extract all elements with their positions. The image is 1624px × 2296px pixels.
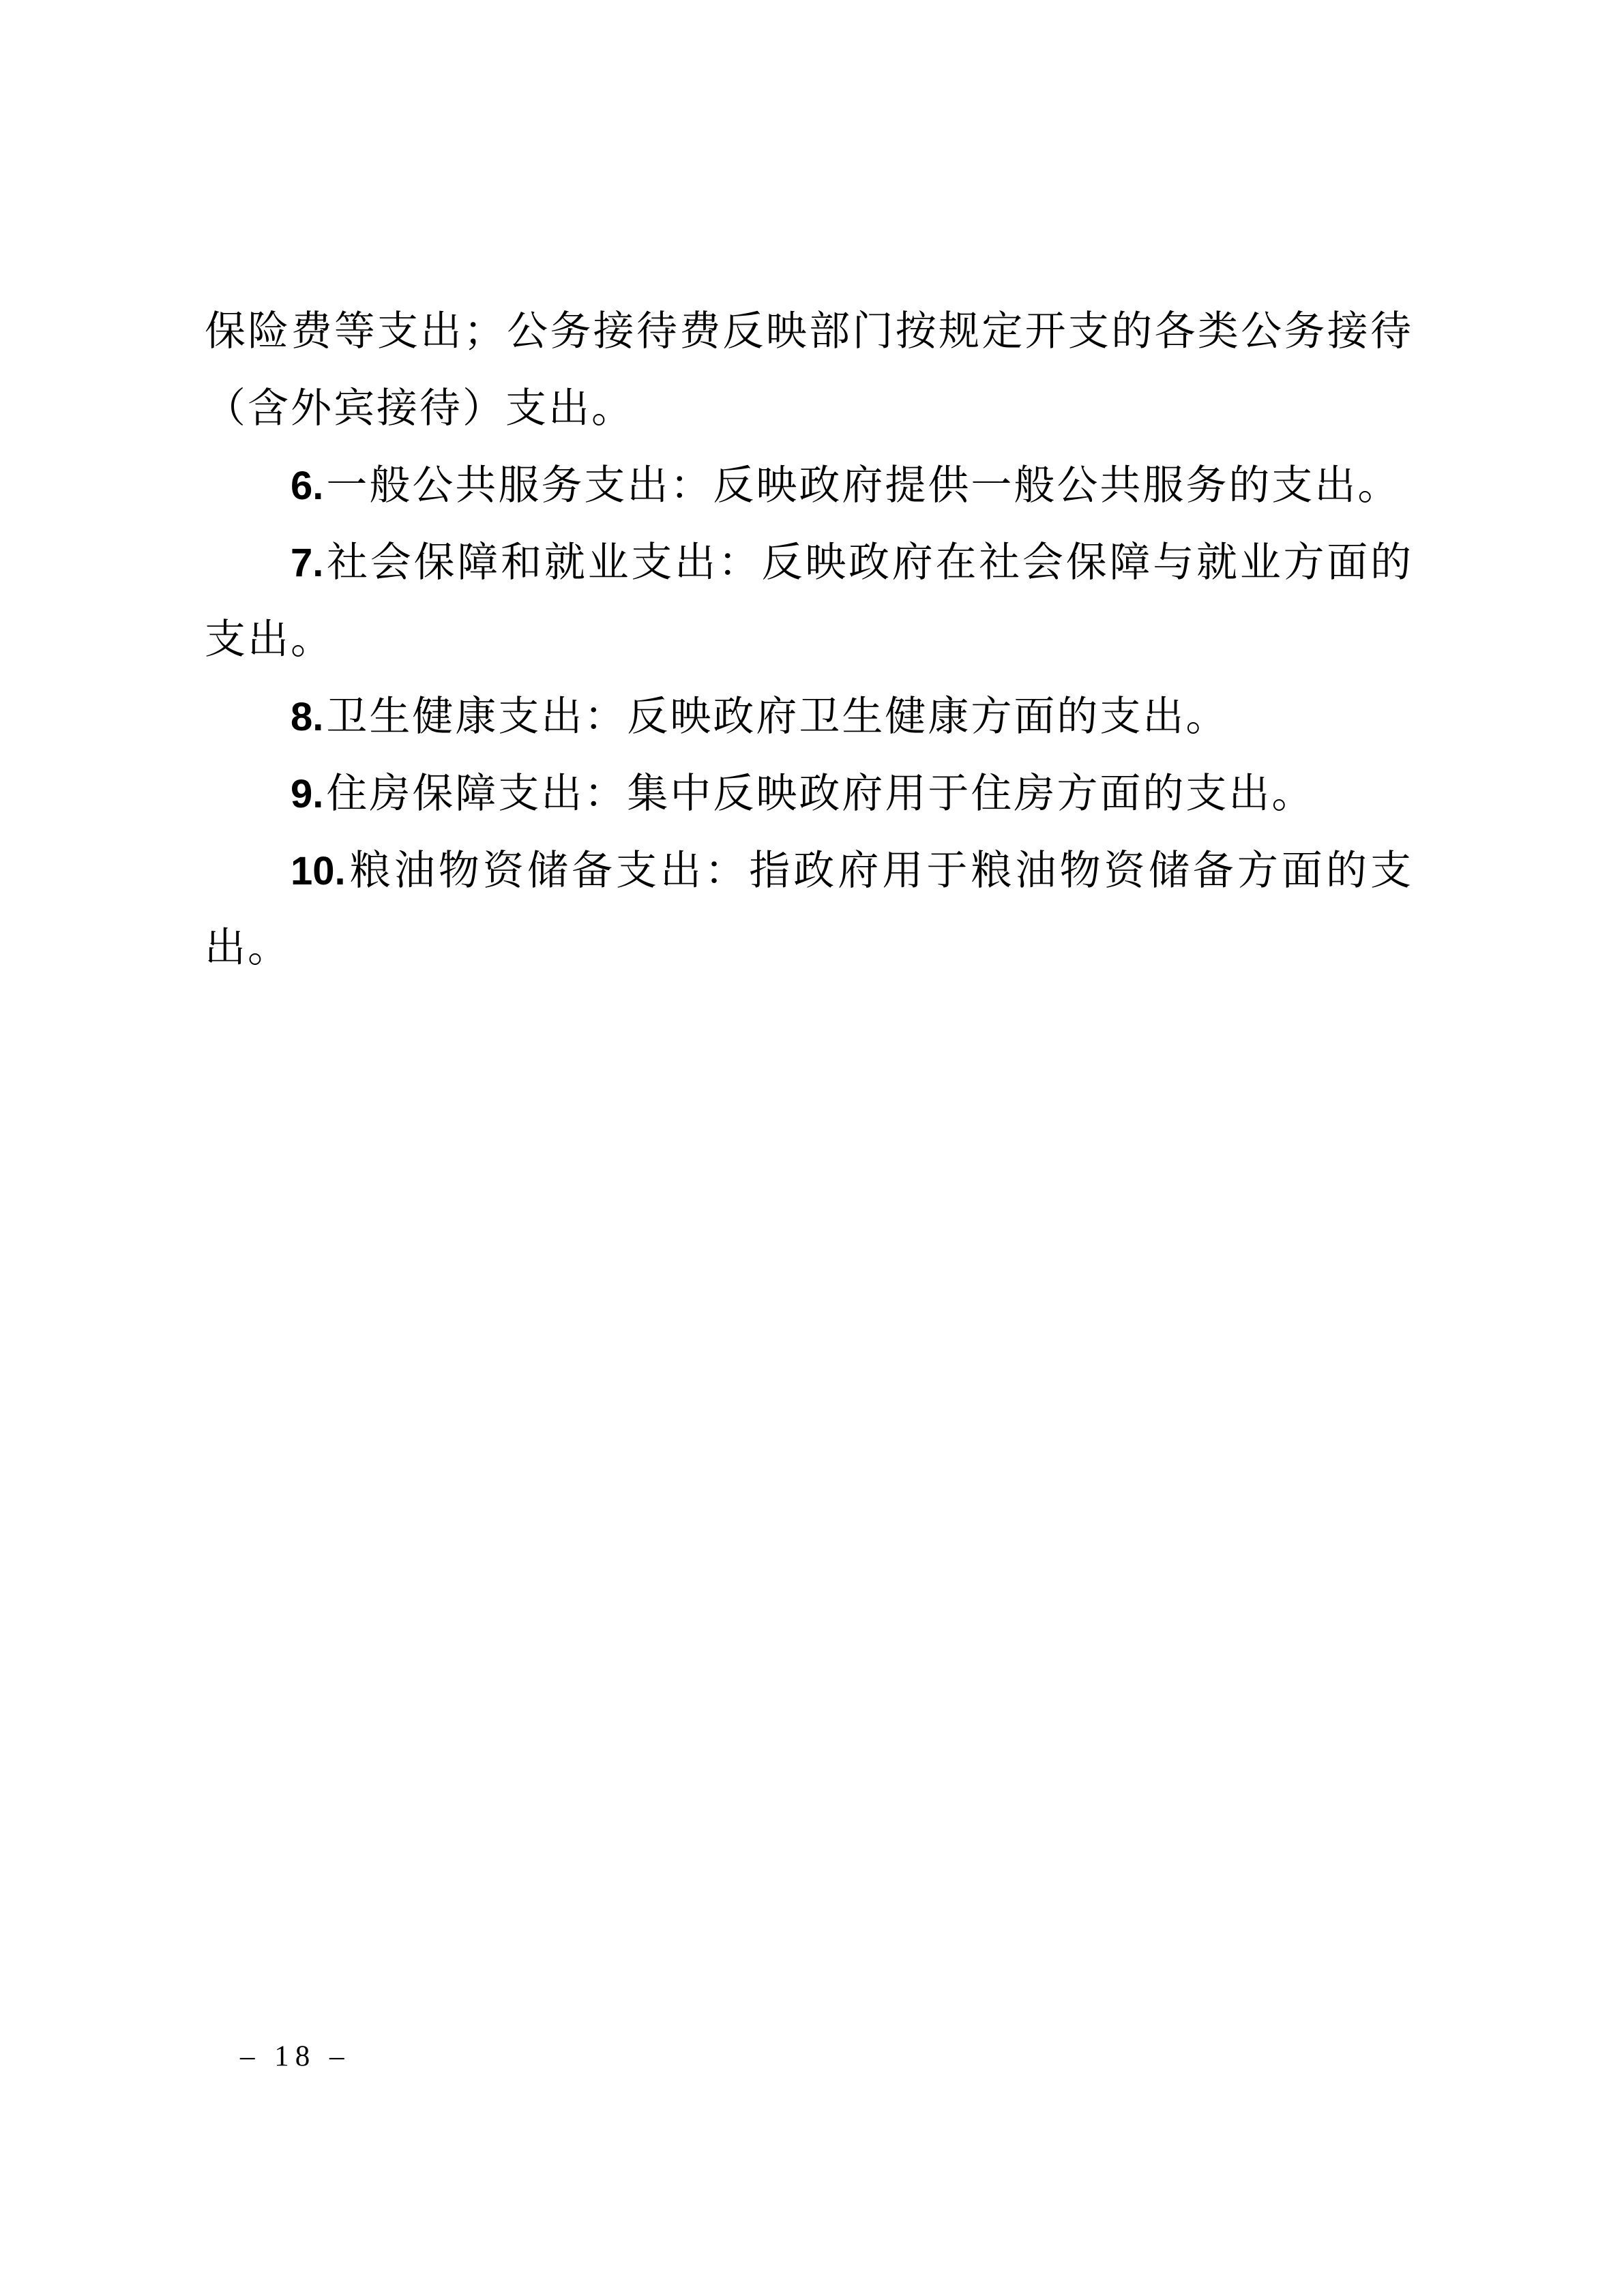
- line-text: 出。: [205, 925, 291, 970]
- paragraph-line: （含外宾接待）支出。: [205, 370, 1413, 447]
- line-text: 社会保障和就业支出：反映政府在社会保障与就业方面的: [326, 540, 1413, 585]
- paragraph-line: 保险费等支出；公务接待费反映部门按规定开支的各类公务接待: [205, 293, 1413, 370]
- line-text: 粮油物资储备支出：指政府用于粮油物资储备方面的支: [349, 848, 1413, 893]
- line-text: 住房保障支出：集中反映政府用于住房方面的支出。: [326, 771, 1314, 816]
- paragraph-line: 9.住房保障支出：集中反映政府用于住房方面的支出。: [205, 756, 1413, 833]
- list-number: 6.: [291, 464, 326, 508]
- line-text: 一般公共服务支出：反映政府提供一般公共服务的支出。: [326, 463, 1400, 508]
- paragraph-line: 出。: [205, 910, 1413, 987]
- paragraph-line: 支出。: [205, 601, 1413, 679]
- line-text: 卫生健康支出：反映政府卫生健康方面的支出。: [326, 694, 1228, 739]
- body-text: 保险费等支出；公务接待费反映部门按规定开支的各类公务接待 （含外宾接待）支出。 …: [205, 293, 1413, 987]
- line-text: 支出。: [205, 617, 334, 662]
- list-number: 9.: [291, 772, 326, 816]
- paragraph-line: 8.卫生健康支出：反映政府卫生健康方面的支出。: [205, 679, 1413, 756]
- line-text: （含外宾接待）支出。: [205, 386, 634, 431]
- document-page: 保险费等支出；公务接待费反映部门按规定开支的各类公务接待 （含外宾接待）支出。 …: [0, 0, 1624, 2296]
- paragraph-line: 7.社会保障和就业支出：反映政府在社会保障与就业方面的: [205, 524, 1413, 601]
- list-number: 8.: [291, 695, 326, 739]
- list-number: 10.: [291, 849, 349, 893]
- paragraph-line: 6.一般公共服务支出：反映政府提供一般公共服务的支出。: [205, 447, 1413, 524]
- list-number: 7.: [291, 541, 326, 585]
- line-text: 保险费等支出；公务接待费反映部门按规定开支的各类公务接待: [205, 309, 1413, 354]
- paragraph-line: 10.粮油物资储备支出：指政府用于粮油物资储备方面的支: [205, 833, 1413, 910]
- page-number: – 18 –: [240, 2040, 351, 2072]
- page-footer: – 18 –: [240, 2038, 351, 2076]
